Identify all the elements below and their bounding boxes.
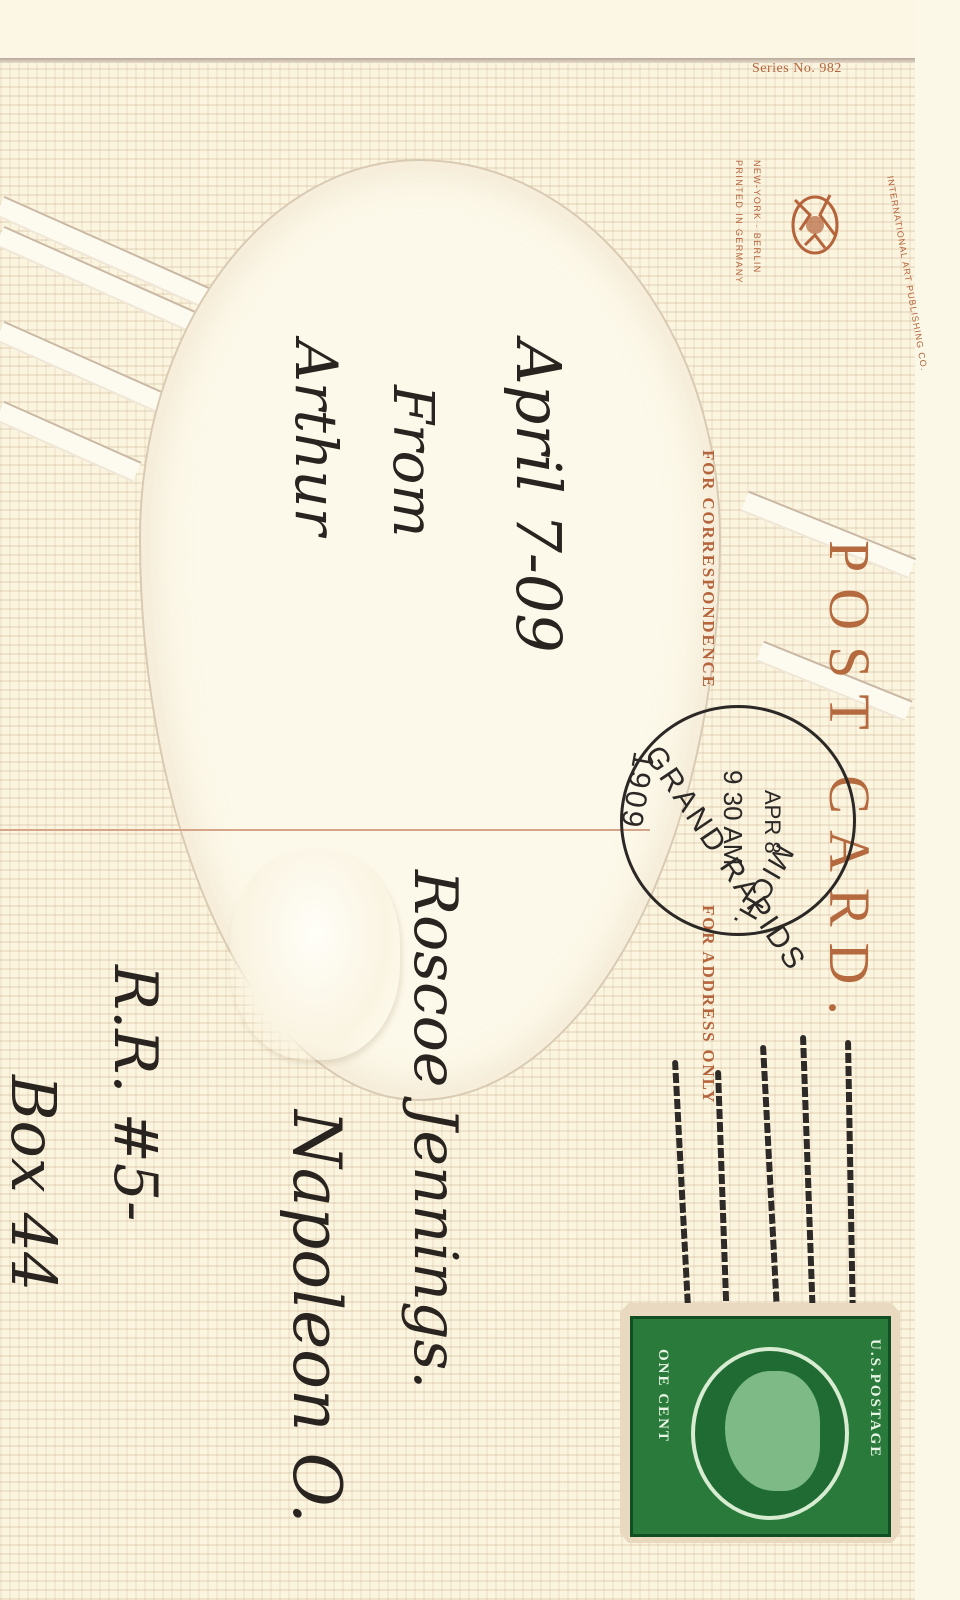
postage-stamp: ONE CENT U.S.POSTAGE bbox=[620, 1303, 900, 1543]
stamp-portrait-oval bbox=[691, 1347, 849, 1520]
publisher-cities: NEW-YORK · BERLIN bbox=[752, 160, 762, 274]
address-line-4: Box 44 bbox=[0, 1075, 70, 1291]
for-correspondence-label: FOR CORRESPONDENCE bbox=[698, 450, 718, 689]
postmark-date: APR 8 bbox=[759, 790, 785, 854]
printed-in-germany: PRINTED IN GERMANY bbox=[734, 160, 744, 284]
stamp-country: U.S.POSTAGE bbox=[866, 1339, 883, 1458]
publisher-emblem-icon bbox=[780, 180, 850, 265]
message-date: April 7-09 bbox=[502, 340, 575, 653]
postmark-time: 9 30 AM bbox=[717, 770, 748, 865]
franklin-portrait-icon bbox=[725, 1371, 820, 1491]
postcard: Series No. 982 NEW-YORK · BERLIN PRINTED… bbox=[0, 0, 960, 1600]
message-from: From bbox=[380, 385, 445, 537]
address-line-1: Roscoe Jennings. bbox=[400, 870, 470, 1389]
address-line-2: Napoleon O. bbox=[278, 1110, 355, 1524]
series-number: Series No. 982 bbox=[752, 61, 842, 77]
card-right-margin bbox=[915, 0, 960, 1600]
message-signature: Arthur bbox=[282, 340, 350, 535]
embossed-chick-icon bbox=[230, 850, 400, 1060]
stamp-frame: ONE CENT U.S.POSTAGE bbox=[630, 1316, 891, 1537]
address-line-3: R.R. #5- bbox=[100, 965, 170, 1221]
stamp-denomination: ONE CENT bbox=[654, 1349, 671, 1443]
center-divider-line bbox=[0, 829, 650, 831]
